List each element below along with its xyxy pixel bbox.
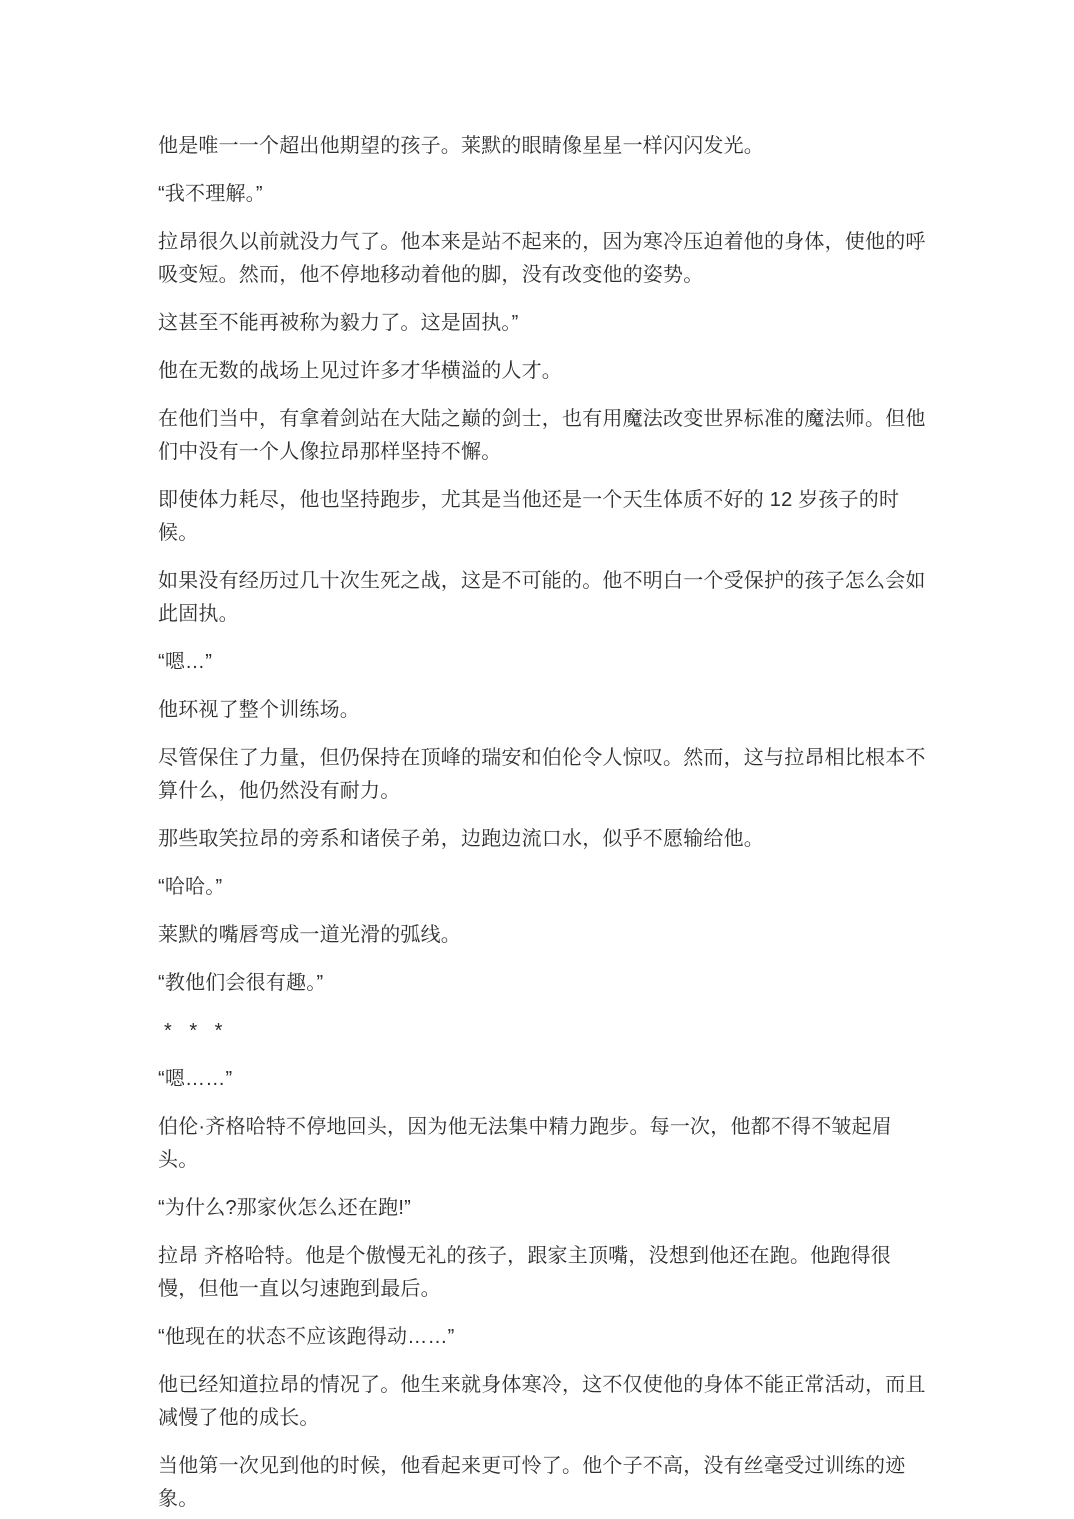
text-column: 他是唯一一个超出他期望的孩子。莱默的眼睛像星星一样闪闪发光。 “我不理解。” 拉…: [158, 130, 930, 1516]
paragraph: 伯伦·齐格哈特不停地回头，因为他无法集中精力跑步。每一次，他都不得不皱起眉头。: [158, 1111, 930, 1177]
paragraph: 尽管保住了力量，但仍保持在顶峰的瑞安和伯伦令人惊叹。然而，这与拉昂相比根本不算什…: [158, 742, 930, 808]
dialogue-line: “哈哈。”: [158, 871, 930, 904]
dialogue-line: “嗯……”: [158, 1063, 930, 1096]
paragraph: 在他们当中，有拿着剑站在大陆之巅的剑士，也有用魔法改变世界标准的魔法师。但他们中…: [158, 403, 930, 469]
paragraph: 即使体力耗尽，他也坚持跑步，尤其是当他还是一个天生体质不好的 12 岁孩子的时候…: [158, 484, 930, 550]
paragraph: 当他第一次见到他的时候，他看起来更可怜了。他个子不高，没有丝毫受过训练的迹象。: [158, 1450, 930, 1516]
dialogue-line: “嗯…”: [158, 646, 930, 679]
document-page: 他是唯一一个超出他期望的孩子。莱默的眼睛像星星一样闪闪发光。 “我不理解。” 拉…: [0, 0, 1074, 1519]
paragraph: 他在无数的战场上见过许多才华横溢的人才。: [158, 355, 930, 388]
dialogue-line: “教他们会很有趣。”: [158, 967, 930, 1000]
dialogue-line: “为什么?那家伙怎么还在跑!”: [158, 1192, 930, 1225]
paragraph: 如果没有经历过几十次生死之战，这是不可能的。他不明白一个受保护的孩子怎么会如此固…: [158, 565, 930, 631]
paragraph: 他环视了整个训练场。: [158, 694, 930, 727]
paragraph: 他是唯一一个超出他期望的孩子。莱默的眼睛像星星一样闪闪发光。: [158, 130, 930, 163]
paragraph: 莱默的嘴唇弯成一道光滑的弧线。: [158, 919, 930, 952]
paragraph: 他已经知道拉昂的情况了。他生来就身体寒冷，这不仅使他的身体不能正常活动，而且减慢…: [158, 1369, 930, 1435]
paragraph: 拉昂很久以前就没力气了。他本来是站不起来的，因为寒冷压迫着他的身体，使他的呼吸变…: [158, 226, 930, 292]
paragraph: 这甚至不能再被称为毅力了。这是固执。”: [158, 307, 930, 340]
paragraph: 那些取笑拉昂的旁系和诸侯子弟，边跑边流口水，似乎不愿输给他。: [158, 823, 930, 856]
dialogue-line: “我不理解。”: [158, 178, 930, 211]
section-separator: * * *: [158, 1015, 930, 1048]
dialogue-line: “他现在的状态不应该跑得动……”: [158, 1321, 930, 1354]
paragraph: 拉昂 齐格哈特。他是个傲慢无礼的孩子，跟家主顶嘴，没想到他还在跑。他跑得很慢，但…: [158, 1240, 930, 1306]
